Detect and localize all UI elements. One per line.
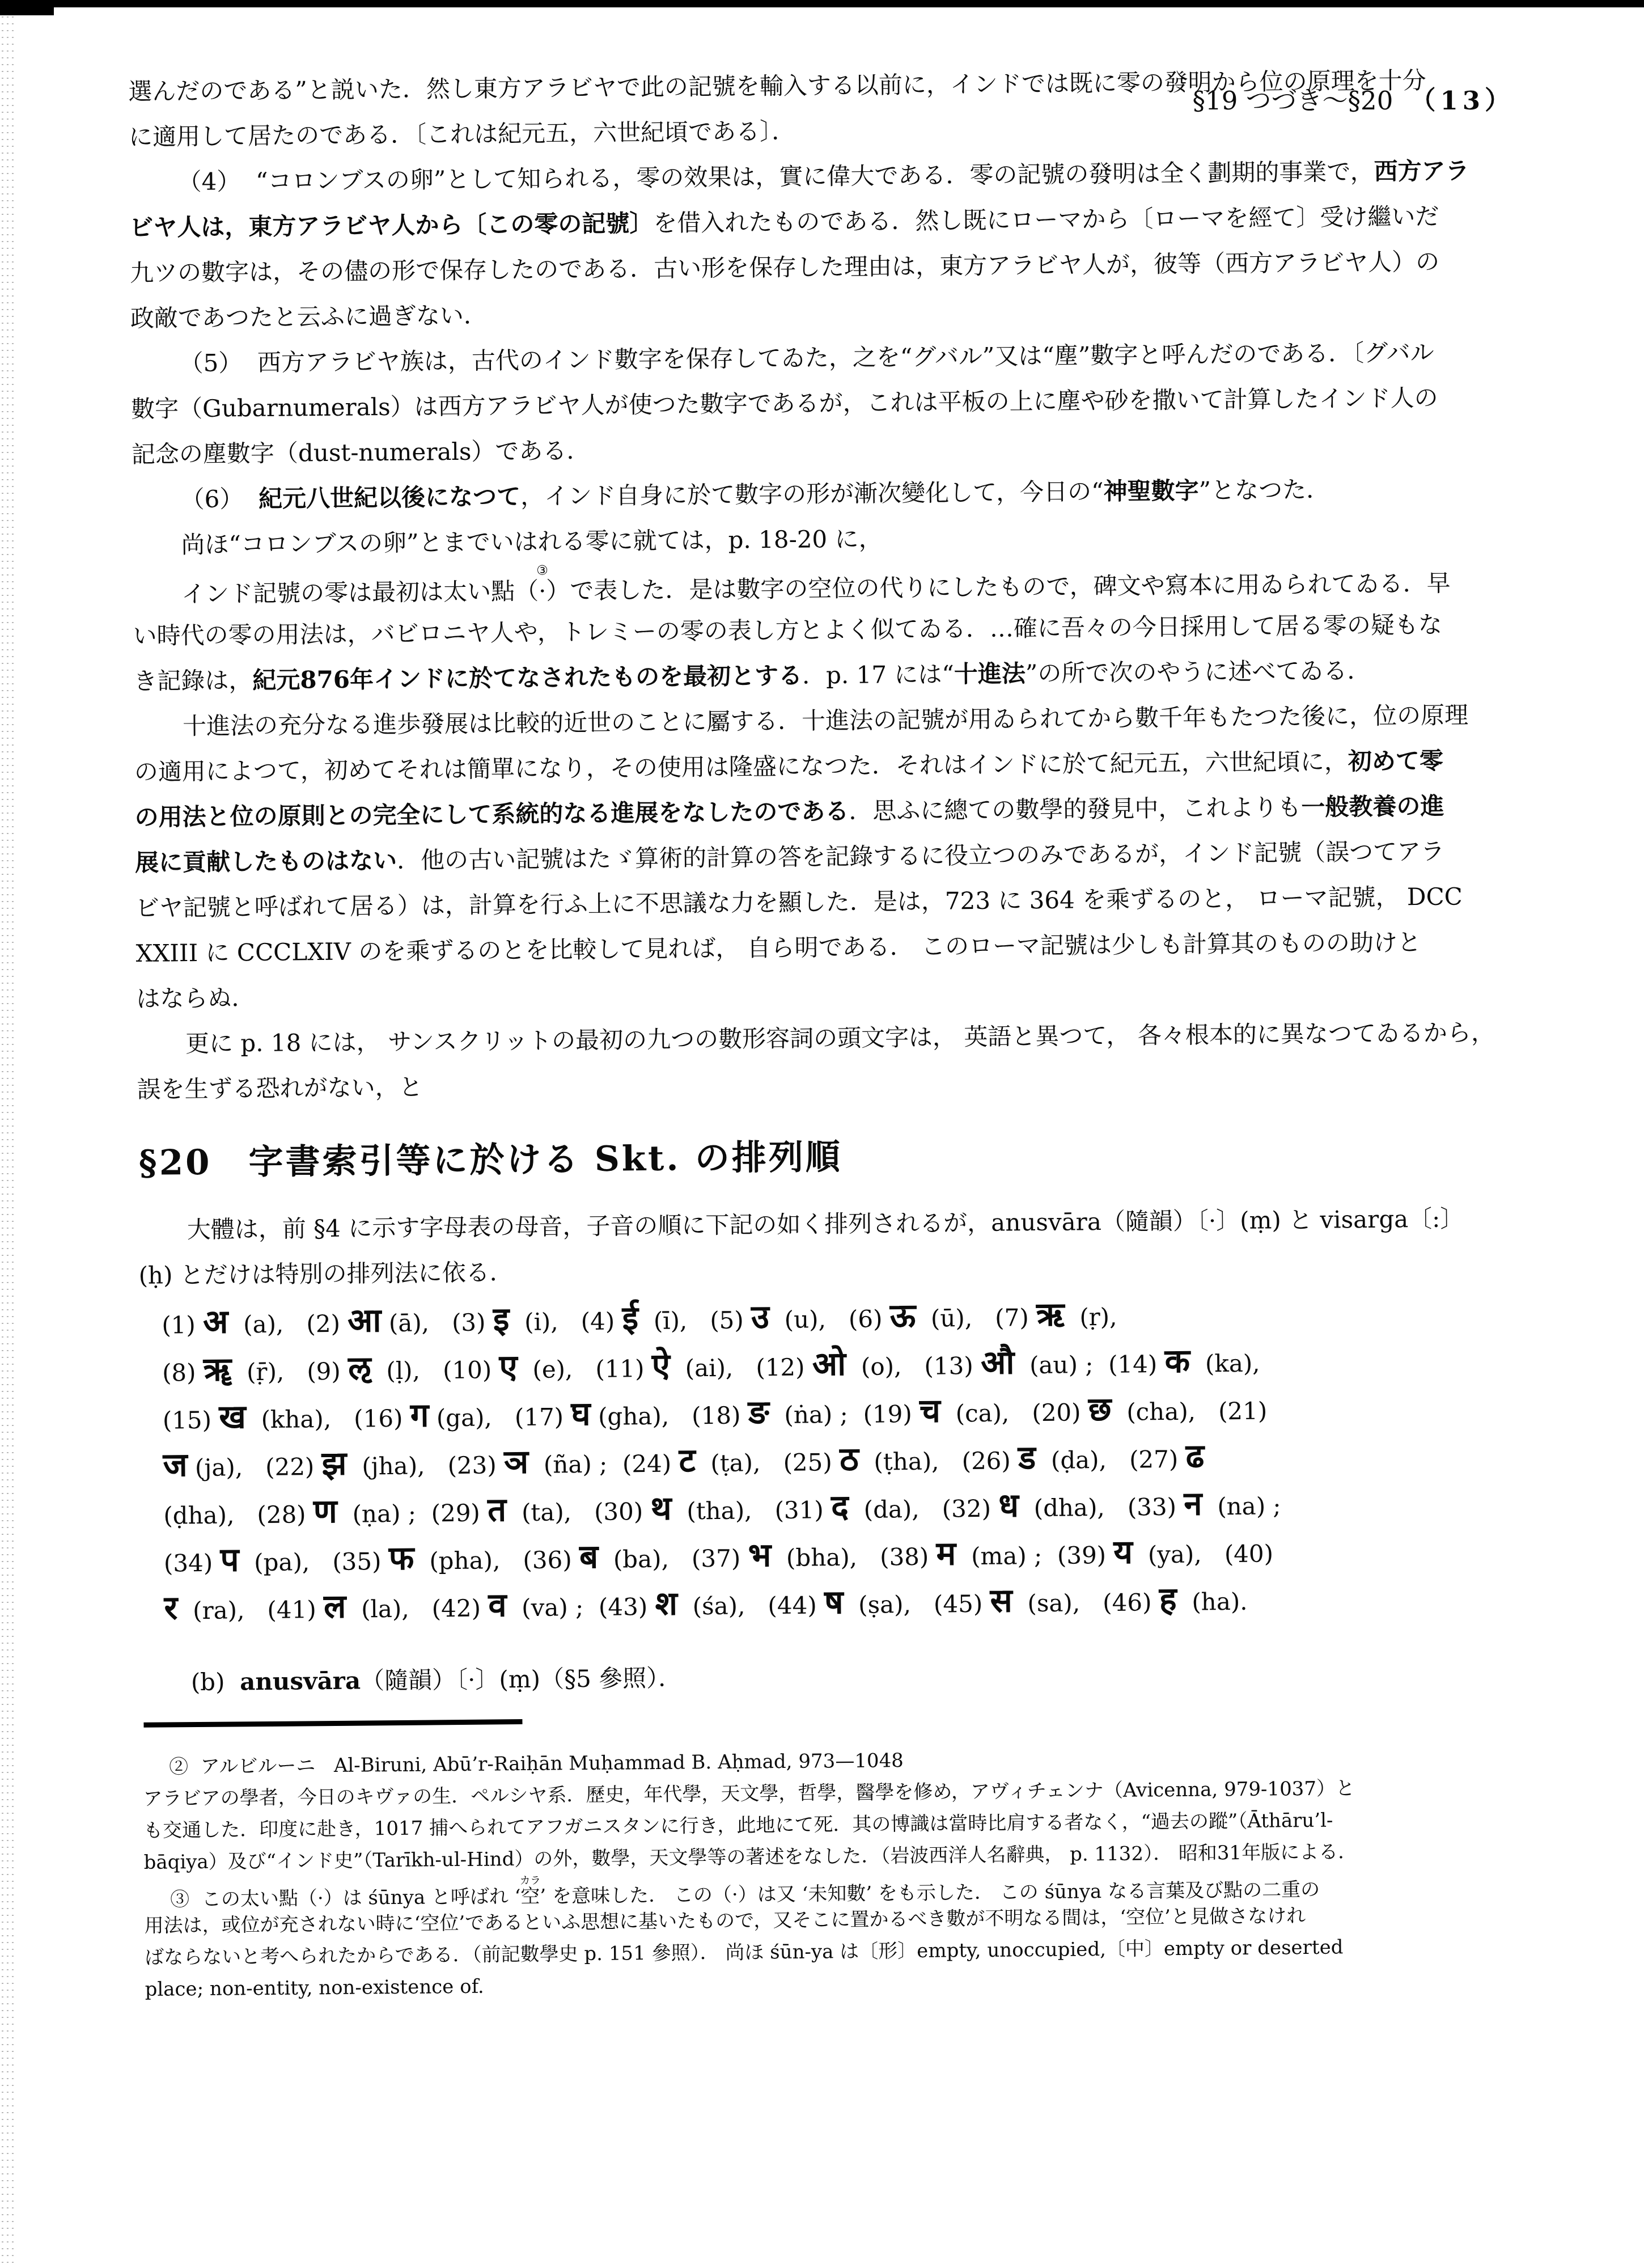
devanagari-letter: ख [219, 1397, 246, 1436]
text-segment: (ma) ; (39) [956, 1541, 1114, 1570]
text-segment: ”の所で次のやうに述べてゐる． [1026, 657, 1371, 687]
text-segment: 紀元876年インドに於てなされたものを最初とする [252, 662, 802, 694]
text-segment: (dha), (33) [1019, 1493, 1184, 1522]
text-segment: (la), (42) [346, 1594, 488, 1623]
text-segment: (gha), (18) [591, 1402, 748, 1431]
devanagari-letter: अ [203, 1302, 228, 1341]
scanned-page: §19 つづき〜§20（13） 選んだのである”と説いた．然し東方アラビヤで此の… [0, 0, 1644, 2268]
text-segment: （5） 西方アラビヤ族は，古代のインド數字を保存してゐた，之を“グバル”又は“塵… [179, 338, 1434, 377]
devanagari-letter: ल [324, 1587, 346, 1626]
text-segment: 大體は，前 §4 に示す字母表の母音，子音の順に下記の如く排列されるが，anus… [187, 1205, 1464, 1244]
devanagari-letter: थ [650, 1489, 672, 1527]
devanagari-letter: र [164, 1588, 177, 1627]
text-segment: (1) [162, 1311, 203, 1339]
text-segment: も交通した．印度に赴き，1017 捕へられてアフガニスタンに行き，此地にて死．其… [143, 1809, 1333, 1842]
devanagari-letter: ध [998, 1486, 1019, 1524]
devanagari-letter: ए [499, 1347, 518, 1386]
devanagari-letter: त [488, 1490, 507, 1529]
text-segment: 空カラ [520, 1885, 540, 1908]
devanagari-letter: ब [579, 1537, 599, 1576]
devanagari-letter: ऊ [889, 1296, 916, 1335]
text-segment: (pha), (36) [414, 1546, 579, 1575]
devanagari-letter: घ [571, 1394, 591, 1433]
devanagari-letter: ऐ [652, 1346, 671, 1385]
text-segment: ビヤ記號と呼ばれて居る）は，計算を行ふ上に不思議な力を顯した．是は，723 に … [135, 883, 1463, 922]
devanagari-letter: ङ [748, 1393, 769, 1431]
devanagari-letter: प [220, 1540, 239, 1579]
devanagari-letter: उ [751, 1297, 769, 1336]
text-segment: 神聖數字 [1103, 477, 1198, 505]
text-segment: (o), (13) [846, 1352, 981, 1381]
devanagari-letter: च [920, 1391, 940, 1430]
text-segment: 更に p. 18 には， サンスクリットの最初の九つの數形容詞の頭文字は， 英語… [185, 1018, 1495, 1057]
text-segment: (ṭa), (25) [696, 1448, 840, 1477]
text-segment: 十進法の充分なる進歩發展は比較的近世のことに屬する．十進法の記號が用ゐられてから… [183, 701, 1468, 740]
text-segment: (ī), (5) [638, 1306, 752, 1335]
text-segment: (ṝ), (9) [231, 1357, 348, 1386]
text-segment: place; non-entity, non-existence of. [145, 1975, 484, 2001]
text-segment: い時代の零の用法は，バビロニヤ人や，トレミーの零の表し方とよく似てゐる．…確に吾… [133, 611, 1443, 650]
text-segment: ② アルビルーニ Al-Biruni, Abū’r-Raiḥān Muḥamma… [169, 1749, 904, 1778]
devanagari-letter: ट [679, 1441, 696, 1479]
scan-edge-noise [0, 0, 15, 2268]
devanagari-letter: म [936, 1534, 956, 1572]
text-segment: ビヤ人は，東方アラビヤ人から〔この零の記號〕 [129, 209, 653, 242]
text-segment: (va) ; (43) [506, 1593, 655, 1622]
text-segment: (ṛ), [1064, 1303, 1117, 1331]
ruby-annotation: カラ [520, 1875, 541, 1887]
text-segment: を借入れたものである．然し既にローマから〔ローマを經て〕受け繼いだ [653, 202, 1439, 237]
text-segment: (ā), (3) [381, 1308, 493, 1337]
devanagari-letter: ञ [504, 1442, 529, 1481]
text-line: (b) anusvāra（隨韻）〔·〕(ṃ)（§5 參照）． [142, 1648, 1537, 1705]
text-segment: (ja), (22) [187, 1453, 322, 1482]
section-heading: §20 字書索引等に於ける Skt. の排列順 [139, 1131, 1533, 1183]
text-segment: (ṭha), (26) [859, 1446, 1019, 1475]
text-segment: (ka), [1190, 1349, 1260, 1378]
text-segment: の用法と位の原則との完全にして系統的なる進展をなしたのである [134, 797, 849, 831]
text-segment: bāqiya）及び“インド史”（Tarīkh-ul-Hind）の外，數學，天文學… [143, 1840, 1357, 1874]
text-segment: ，インド自身に於て數字の形が漸次變化して，今日の“ [520, 477, 1104, 510]
text-segment: ．思ふに總ての數學的發見中，これよりも [849, 793, 1301, 825]
devanagari-letter: ड [1018, 1438, 1036, 1476]
ruby-annotation: ③ [515, 563, 570, 578]
devanagari-letter: ण [313, 1492, 338, 1530]
text-segment: anusvāra [240, 1667, 361, 1696]
text-segment: 一般教養の進 [1301, 792, 1444, 821]
text-segment: (pa), (35) [239, 1547, 389, 1576]
text-segment: き記錄は， [133, 666, 252, 695]
text-segment: で表した．是は數字の空位の代りにしたもので，碑文や寫本に用ゐられてゐる．早 [570, 569, 1451, 605]
devanagari-letter: आ [348, 1301, 382, 1340]
devanagari-letter: झ [321, 1444, 346, 1483]
text-segment: はならぬ． [136, 984, 255, 1013]
text-segment: (ṣa), (45) [843, 1590, 990, 1619]
devanagari-letter: इ [493, 1300, 510, 1338]
text-segment: (kha), (16) [246, 1404, 410, 1434]
text-segment: (tha), (31) [672, 1496, 832, 1525]
ruby-base: 空 [520, 1885, 541, 1908]
text-segment: (ṇa) ; (29) [337, 1499, 488, 1528]
devanagari-letter: य [1113, 1533, 1133, 1571]
text-segment: 十進法 [954, 659, 1026, 688]
devanagari-letter: ढ [1185, 1437, 1204, 1475]
devanagari-letter: ई [622, 1298, 638, 1337]
text-segment: (ta), (30) [506, 1497, 651, 1526]
ruby-base: （·） [515, 577, 570, 605]
text-segment: ．p. 17 には“ [802, 660, 954, 689]
text-segment: (ba), (37) [598, 1545, 748, 1573]
devanagari-letter: ओ [812, 1344, 846, 1383]
text-segment: (jha), (23) [346, 1451, 504, 1480]
text-segment: (na) ; [1202, 1492, 1281, 1520]
devanagari-letter: द [831, 1487, 849, 1526]
devanagari-letter: ह [1159, 1580, 1176, 1618]
text-segment: 九ツの數字は，その儘の形で保存したのである．古い形を保存した理由は，東方アラビヤ… [130, 248, 1439, 287]
text-segment: (da), (32) [849, 1495, 999, 1524]
devanagari-letter: न [1184, 1484, 1202, 1523]
text-segment: 紀元八世紀以後になつて [259, 483, 520, 513]
text-segment: （隨韻）〔·〕(ṃ)（§5 參照）． [361, 1664, 682, 1695]
devanagari-letter: ॠ [204, 1349, 232, 1388]
devanagari-letter: ग [410, 1395, 429, 1434]
text-segment: (e), (11) [517, 1355, 652, 1383]
text-segment: に適用して居たのである．〔これは紀元五，六世紀頃である〕． [129, 117, 795, 151]
text-segment: (ca), (20) [940, 1398, 1088, 1427]
devanagari-letter: छ [1088, 1390, 1112, 1428]
text-segment: (8) [162, 1359, 204, 1387]
text-segment: (ḍha), (28) [163, 1500, 313, 1529]
text-segment: (ga), (17) [429, 1403, 571, 1432]
text-segment: XXIII に CCCLXIV のを乘ずるのとを比較して見れば， 自ら明である．… [135, 928, 1421, 967]
text-segment: (cha), (21) [1111, 1397, 1267, 1426]
text-segment: 誤を生ずる恐れがない，と [137, 1073, 422, 1103]
text-segment: §20 字書索引等に於ける Skt. の排列順 [139, 1137, 843, 1183]
text-segment: (ra), (41) [177, 1596, 324, 1624]
page-content: 選んだのである”と説いた．然し東方アラビヤで此の記號を輸入する以前に，インドでは… [128, 57, 1540, 2005]
devanagari-letter: व [488, 1585, 507, 1624]
text-segment: ”となつた． [1198, 476, 1330, 505]
text-segment: 展に貢献したものはない [135, 847, 397, 877]
text-segment: 用法は，或位が充されない時に‘空位’であるといふ思想に基いたもので，又そこに置か… [144, 1905, 1306, 1937]
devanagari-letter: औ [981, 1343, 1015, 1382]
text-segment: (ña) ; (24) [528, 1450, 679, 1479]
text-segment: 選んだのである”と説いた．然し東方アラビヤで此の記號を輸入する以前に，インドでは… [128, 66, 1426, 105]
text-segment: 政敵であつたと云ふに過ぎない． [130, 301, 488, 332]
text-segment: (34) [164, 1549, 221, 1577]
text-segment: (ḷ), (10) [371, 1356, 499, 1385]
text-segment: （4） “コロンブスの卵”として知られる，零の效果は，實に偉大である．零の記號の… [178, 158, 1374, 196]
devanagari-letter: स [990, 1581, 1012, 1619]
text-segment: (a), (2) [228, 1310, 348, 1339]
text-segment: ばならないと考へられたからである．（前記數學史 p. 151 參照）． 尚ほ ś… [145, 1936, 1344, 1969]
text-segment: 記念の塵數字（dust-numerals）である． [132, 437, 591, 468]
devanagari-letter: ऌ [348, 1348, 371, 1387]
devanagari-letter: भ [748, 1535, 771, 1574]
text-segment: (u), (6) [769, 1305, 890, 1334]
text-segment: (bha), (38) [771, 1543, 937, 1572]
text-segment: (ya), (40) [1133, 1539, 1273, 1568]
devanagari-letter: ष [824, 1582, 844, 1621]
text-segment: (ha). [1176, 1588, 1247, 1616]
text-segment: 數字（Gubarnumerals）は西方アラビヤ人が使つた數字であるが，これは平… [131, 384, 1438, 423]
text-segment: (ḍa), (27) [1036, 1445, 1186, 1474]
devanagari-letter: क [1164, 1342, 1190, 1380]
footnote-separator [143, 1719, 522, 1728]
text-segment: の適用によつて，初めてそれは簡單になり，その使用は隆盛になつた．それはインドに於… [134, 747, 1349, 786]
text-segment: 初めて零 [1348, 747, 1443, 775]
text-segment: (ū), (7) [916, 1304, 1036, 1332]
text-segment: （6） [180, 485, 259, 513]
text-segment: (au) ; (14) [1014, 1350, 1165, 1379]
devanagari-letter: ज [163, 1445, 188, 1484]
text-segment: (i), (4) [509, 1307, 622, 1336]
text-segment: (ṅa) ; (19) [769, 1400, 920, 1429]
text-segment: インド記號の零は最初は太い點 [181, 577, 515, 608]
devanagari-letter: ऋ [1036, 1295, 1065, 1334]
text-segment: 尚ほ“コロンブスの卵”とまでいはれる零に就ては，p. 18-20 に， [181, 524, 883, 558]
text-segment: （·）③ [515, 577, 570, 605]
text-segment: (ai), (12) [670, 1353, 812, 1382]
scan-artifact-top-bar [0, 0, 1644, 7]
text-segment: (śa), (44) [677, 1591, 824, 1620]
devanagari-letter: ठ [840, 1440, 859, 1478]
devanagari-letter: फ [389, 1539, 414, 1577]
devanagari-letter: श [655, 1584, 677, 1623]
text-segment: (sa), (46) [1012, 1588, 1159, 1617]
text-segment: 西方アラ [1374, 156, 1469, 185]
text-segment: (15) [163, 1406, 219, 1435]
text-segment: ．他の古い記號はたゞ算術的計算の答を記錄するに役立つのみであるが，インド記號（誤… [397, 837, 1444, 874]
text-segment: (ḥ) とだけは特別の排列法に依る． [138, 1258, 514, 1289]
text-segment: (b) [191, 1668, 240, 1696]
